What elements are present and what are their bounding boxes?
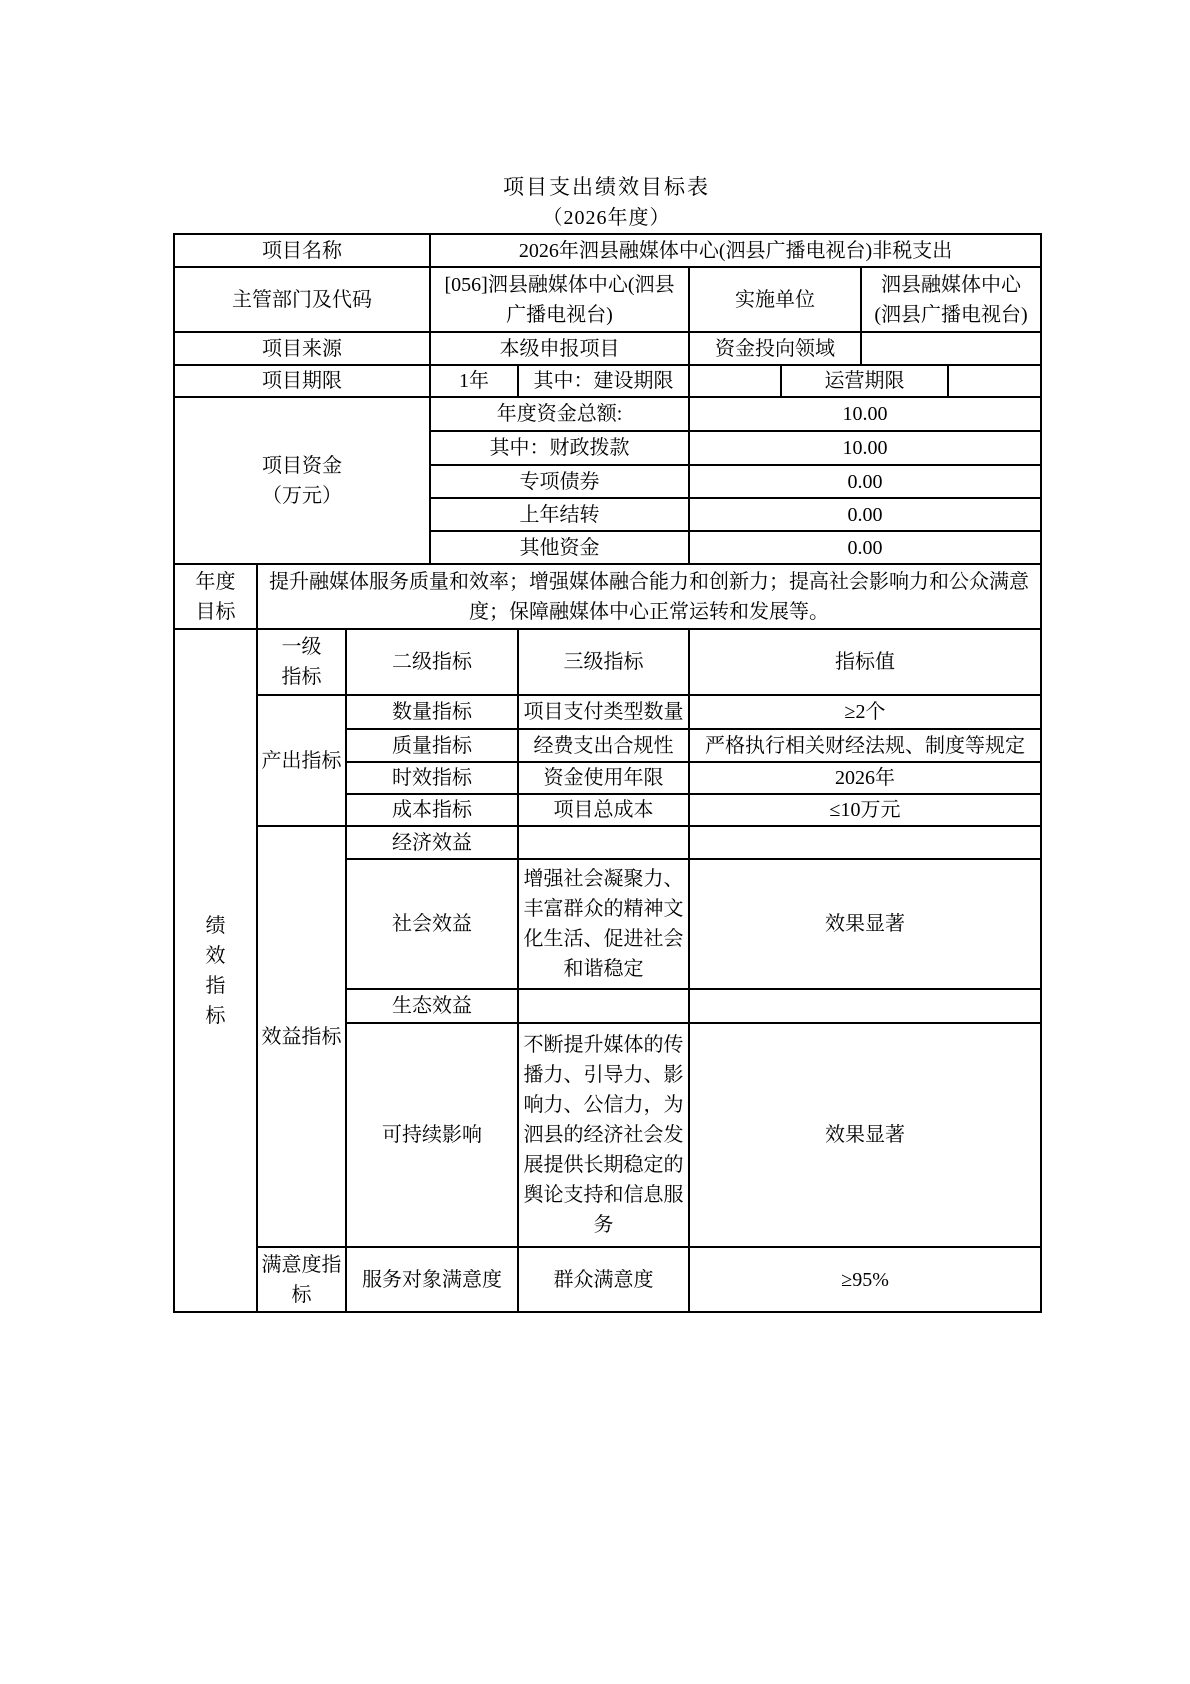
sustainable-impact-value: 效果显著 bbox=[689, 1023, 1041, 1247]
impl-unit-label: 实施单位 bbox=[689, 267, 861, 332]
timeliness-indicator-l3: 资金使用年限 bbox=[518, 762, 689, 794]
level2-header: 二级指标 bbox=[346, 629, 518, 695]
level1-header-line1: 一级 bbox=[261, 632, 342, 662]
cost-indicator-value: ≤10万元 bbox=[689, 794, 1041, 826]
impl-unit-value: 泗县融媒体中心 (泗县广播电视台) bbox=[861, 267, 1041, 332]
project-fund-label-line2: （万元） bbox=[178, 481, 426, 511]
dept-code-label: 主管部门及代码 bbox=[174, 267, 430, 332]
project-period-label: 项目期限 bbox=[174, 365, 430, 397]
annual-goal-text: 提升融媒体服务质量和效率；增强媒体融合能力和创新力；提高社会影响力和公众满意度；… bbox=[257, 564, 1041, 629]
level3-header: 三级指标 bbox=[518, 629, 689, 695]
fund-carryover-value: 0.00 bbox=[689, 498, 1041, 531]
performance-label-char3: 指 bbox=[178, 971, 253, 1001]
table-row: 项目名称 2026年泗县融媒体中心(泗县广播电视台)非税支出 bbox=[174, 234, 1041, 267]
table-row: 效益指标 经济效益 bbox=[174, 826, 1041, 859]
satisfaction-group-name-line2: 标 bbox=[258, 1280, 345, 1310]
annual-goal-label: 年度 目标 bbox=[174, 564, 257, 629]
performance-section-label: 绩 效 指 标 bbox=[174, 629, 257, 1312]
build-period-value bbox=[689, 365, 781, 397]
satisfaction-group-name-line1: 满意度指 bbox=[258, 1250, 345, 1280]
fund-carryover-label: 上年结转 bbox=[430, 498, 689, 531]
project-source-label: 项目来源 bbox=[174, 332, 430, 365]
performance-label-char4: 标 bbox=[178, 1001, 253, 1031]
social-benefit-value: 效果显著 bbox=[689, 859, 1041, 989]
sustainable-impact-l2: 可持续影响 bbox=[346, 1023, 518, 1247]
service-satisfaction-l3: 群众满意度 bbox=[518, 1247, 689, 1312]
fund-annual-total-value: 10.00 bbox=[689, 397, 1041, 431]
annual-goal-label-line2: 目标 bbox=[178, 597, 253, 627]
table-row: 主管部门及代码 [056]泗县融媒体中心(泗县 广播电视台) 实施单位 泗县融媒… bbox=[174, 267, 1041, 332]
social-benefit-l3: 增强社会凝聚力、丰富群众的精神文化生活、促进社会和谐稳定 bbox=[518, 859, 689, 989]
table-row: 年度 目标 提升融媒体服务质量和效率；增强媒体融合能力和创新力；提高社会影响力和… bbox=[174, 564, 1041, 629]
ecological-benefit-value bbox=[689, 989, 1041, 1023]
performance-target-table: 项目名称 2026年泗县融媒体中心(泗县广播电视台)非税支出 主管部门及代码 [… bbox=[173, 233, 1042, 1313]
table-row: 项目来源 本级申报项目 资金投向领域 bbox=[174, 332, 1041, 365]
service-satisfaction-value: ≥95% bbox=[689, 1247, 1041, 1312]
ecological-benefit-l3 bbox=[518, 989, 689, 1023]
quantity-indicator-value: ≥2个 bbox=[689, 695, 1041, 729]
cost-indicator-l2: 成本指标 bbox=[346, 794, 518, 826]
annual-goal-label-line1: 年度 bbox=[178, 567, 253, 597]
project-name-value: 2026年泗县融媒体中心(泗县广播电视台)非税支出 bbox=[430, 234, 1041, 267]
service-satisfaction-l2: 服务对象满意度 bbox=[346, 1247, 518, 1312]
fund-other-label: 其他资金 bbox=[430, 531, 689, 564]
dept-code-value: [056]泗县融媒体中心(泗县 广播电视台) bbox=[430, 267, 689, 332]
timeliness-indicator-value: 2026年 bbox=[689, 762, 1041, 794]
page-subtitle: （2026年度） bbox=[173, 206, 1040, 231]
level1-header-line2: 指标 bbox=[261, 662, 342, 692]
cost-indicator-l3: 项目总成本 bbox=[518, 794, 689, 826]
output-group-name: 产出指标 bbox=[257, 695, 346, 826]
quality-indicator-l3: 经费支出合规性 bbox=[518, 729, 689, 762]
fund-annual-total-label: 年度资金总额: bbox=[430, 397, 689, 431]
impl-unit-value-line1: 泗县融媒体中心 bbox=[865, 270, 1037, 300]
build-period-label: 其中：建设期限 bbox=[518, 365, 689, 397]
benefit-group-name: 效益指标 bbox=[257, 826, 346, 1247]
fund-bond-value: 0.00 bbox=[689, 465, 1041, 498]
fund-other-value: 0.00 bbox=[689, 531, 1041, 564]
quantity-indicator-l3: 项目支付类型数量 bbox=[518, 695, 689, 729]
ecological-benefit-l2: 生态效益 bbox=[346, 989, 518, 1023]
operate-period-value bbox=[948, 365, 1041, 397]
fund-direction-value bbox=[861, 332, 1041, 365]
sustainable-impact-l3: 不断提升媒体的传播力、引导力、影响力、公信力，为泗县的经济社会发展提供长期稳定的… bbox=[518, 1023, 689, 1247]
economic-benefit-l3 bbox=[518, 826, 689, 859]
document-page: 项目支出绩效目标表 （2026年度） 项目名称 2026年泗县融媒体中心(泗县广… bbox=[0, 0, 1190, 1684]
project-source-value: 本级申报项目 bbox=[430, 332, 689, 365]
economic-benefit-value bbox=[689, 826, 1041, 859]
level1-header: 一级 指标 bbox=[257, 629, 346, 695]
performance-label-char2: 效 bbox=[178, 941, 253, 971]
performance-label-char1: 绩 bbox=[178, 911, 253, 941]
page-title: 项目支出绩效目标表 bbox=[173, 174, 1040, 200]
project-fund-label-line1: 项目资金 bbox=[178, 451, 426, 481]
dept-code-value-line1: [056]泗县融媒体中心(泗县 bbox=[434, 270, 685, 300]
fund-fiscal-label: 其中：财政拨款 bbox=[430, 431, 689, 465]
quantity-indicator-l2: 数量指标 bbox=[346, 695, 518, 729]
social-benefit-l2: 社会效益 bbox=[346, 859, 518, 989]
project-name-label: 项目名称 bbox=[174, 234, 430, 267]
table-row: 绩 效 指 标 一级 指标 二级指标 三级指标 指标值 bbox=[174, 629, 1041, 695]
quality-indicator-value: 严格执行相关财经法规、制度等规定 bbox=[689, 729, 1041, 762]
project-fund-label: 项目资金 （万元） bbox=[174, 397, 430, 564]
dept-code-value-line2: 广播电视台) bbox=[434, 300, 685, 330]
table-row: 产出指标 数量指标 项目支付类型数量 ≥2个 bbox=[174, 695, 1041, 729]
satisfaction-group-name: 满意度指 标 bbox=[257, 1247, 346, 1312]
economic-benefit-l2: 经济效益 bbox=[346, 826, 518, 859]
impl-unit-value-line2: (泗县广播电视台) bbox=[865, 300, 1037, 330]
fund-fiscal-value: 10.00 bbox=[689, 431, 1041, 465]
operate-period-label: 运营期限 bbox=[781, 365, 948, 397]
table-row: 项目期限 1年 其中：建设期限 运营期限 bbox=[174, 365, 1041, 397]
project-period-value: 1年 bbox=[430, 365, 518, 397]
value-header: 指标值 bbox=[689, 629, 1041, 695]
table-row: 项目资金 （万元） 年度资金总额: 10.00 bbox=[174, 397, 1041, 431]
fund-bond-label: 专项债券 bbox=[430, 465, 689, 498]
timeliness-indicator-l2: 时效指标 bbox=[346, 762, 518, 794]
fund-direction-label: 资金投向领域 bbox=[689, 332, 861, 365]
quality-indicator-l2: 质量指标 bbox=[346, 729, 518, 762]
table-row: 满意度指 标 服务对象满意度 群众满意度 ≥95% bbox=[174, 1247, 1041, 1312]
